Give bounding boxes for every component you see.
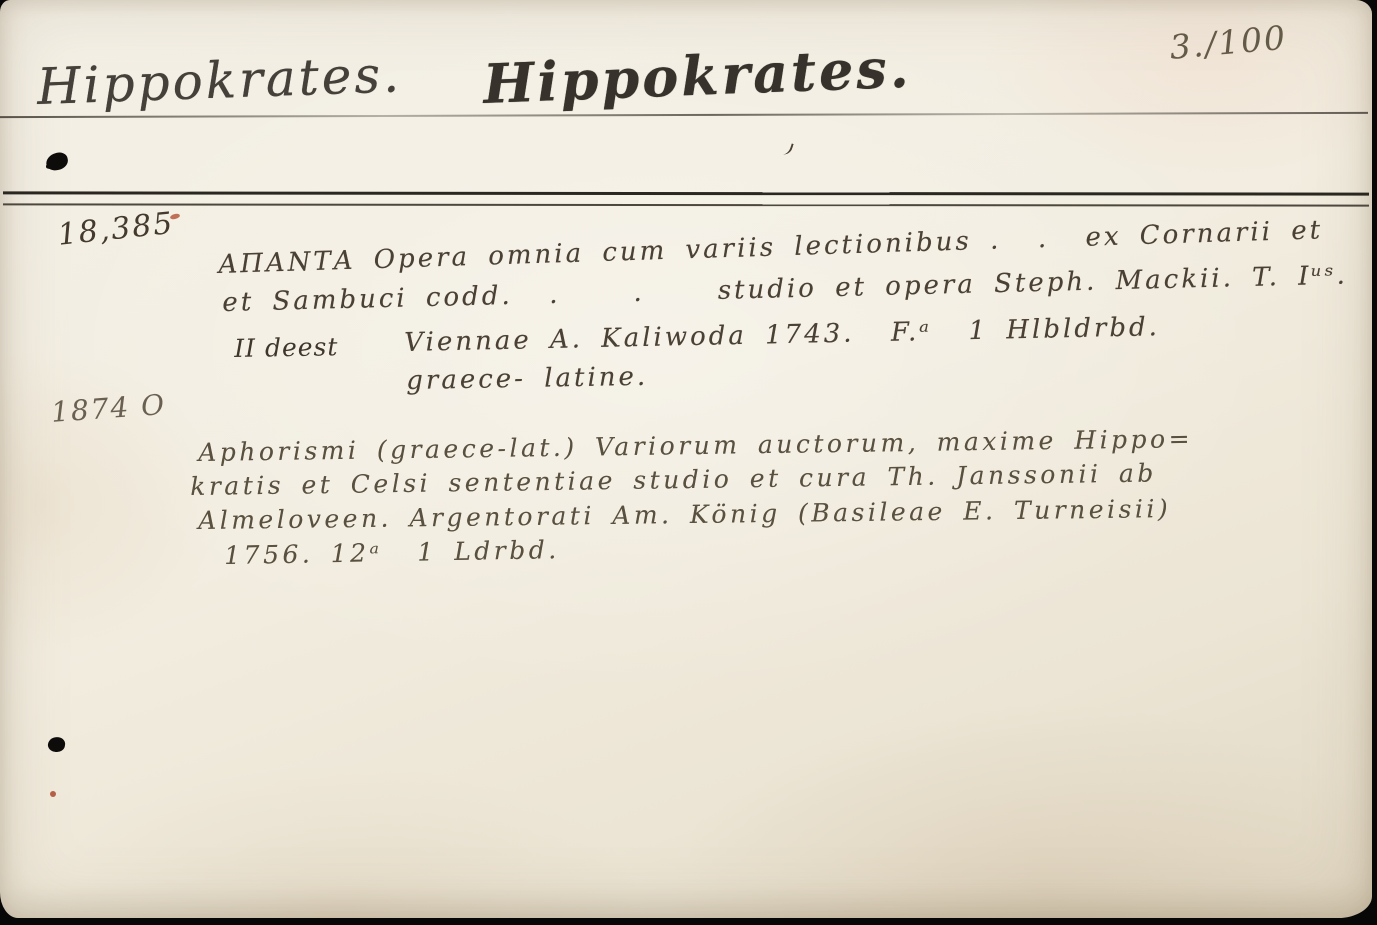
- double-horizontal-rule: [3, 191, 1369, 206]
- scanned-catalog-card-page: { "annotations": { "page_number": "3./10…: [0, 0, 1377, 925]
- catalog-card-paper: 3./100 Hippokrates. Hippokrates. 18,385 …: [0, 0, 1372, 918]
- heading-center: Hippokrates.: [482, 36, 913, 116]
- punch-hole-bottom: [47, 736, 66, 753]
- stray-ink-mark: [779, 141, 793, 157]
- shelfmark-entry-2: 1874 O: [50, 388, 167, 429]
- pencil-page-number: 3./100: [1168, 18, 1289, 67]
- entry-1-marginal-note: II deest: [234, 332, 339, 363]
- entry-1-imprint: Viennae A. Kaliwoda 1743. F.ᵃ 1 Hlbldrbd…: [404, 312, 1160, 358]
- entry-2-line-3: Almeloveen. Argentorati Am. König (Basil…: [198, 494, 1171, 535]
- shelfmark-entry-1: 18,385: [56, 206, 176, 253]
- heading-underline-rule: [0, 112, 1368, 118]
- entry-2-line-4: 1756. 12ᵃ 1 Ldrbd.: [224, 535, 560, 570]
- entry-1-language-note: graece- latine.: [406, 362, 648, 396]
- punch-hole-top: [44, 151, 69, 173]
- red-ink-speck: [50, 791, 56, 797]
- heading-left: Hippokrates.: [36, 45, 403, 116]
